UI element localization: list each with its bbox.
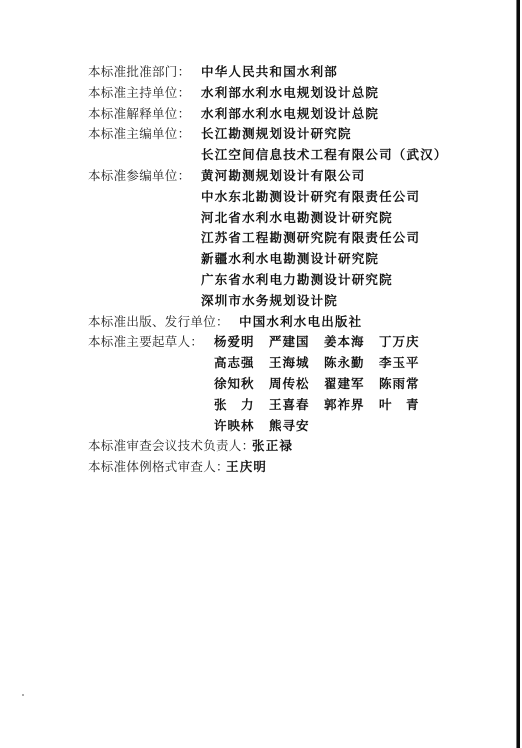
host-unit-label: 本标准主持单位：	[88, 83, 190, 104]
participating-unit-value: 广东省水利电力勘测设计研究院	[201, 270, 393, 291]
drafter-name: 丁万庆	[379, 332, 434, 353]
document-page: 本标准批准部门： 中华人民共和国水利部 本标准主持单位： 水利部水利水电规划设计…	[0, 0, 522, 748]
main-drafters-row: 本标准主要起草人： 杨爱明 严建国 姜本海 丁万庆	[88, 332, 508, 353]
standard-credits-block: 本标准批准部门： 中华人民共和国水利部 本标准主持单位： 水利部水利水电规划设计…	[88, 62, 508, 478]
drafter-names: 杨爱明 严建国 姜本海 丁万庆	[214, 332, 434, 353]
drafter-name: 王喜春	[269, 395, 324, 416]
participating-unit-value: 河北省水利水电勘测设计研究院	[201, 208, 393, 229]
format-reviewer-value: 王庆明	[226, 457, 267, 478]
chief-editing-unit-value: 长江勘测规划设计研究院	[201, 124, 352, 145]
participating-unit-row: 深圳市水务规划设计院	[88, 291, 508, 312]
drafter-name: 翟建军	[324, 374, 379, 395]
host-unit-value: 水利部水利水电规划设计总院	[201, 83, 379, 104]
review-technical-lead-label: 本标准审查会议技术负责人：	[88, 436, 254, 457]
publisher-label: 本标准出版、发行单位：	[88, 312, 229, 333]
drafter-name: 张 力	[214, 395, 269, 416]
participating-unit-row: 河北省水利水电勘测设计研究院	[88, 208, 508, 229]
participating-unit-value: 中水东北勘测设计研究有限责任公司	[201, 187, 420, 208]
approving-department-value: 中华人民共和国水利部	[201, 62, 338, 83]
approving-department-label: 本标准批准部门：	[88, 62, 190, 83]
drafter-name: 郭祚界	[324, 395, 379, 416]
participating-unit-row: 中水东北勘测设计研究有限责任公司	[88, 187, 508, 208]
participating-unit-row: 江苏省工程勘测研究院有限责任公司	[88, 228, 508, 249]
chief-editing-unit-value: 长江空间信息技术工程有限公司（武汉）	[201, 145, 448, 166]
drafter-name: 杨爱明	[214, 332, 269, 353]
drafter-name: 严建国	[269, 332, 324, 353]
approving-department-row: 本标准批准部门： 中华人民共和国水利部	[88, 62, 508, 83]
chief-editing-unit-label: 本标准主编单位：	[88, 124, 190, 145]
drafter-name: 徐知秋	[214, 374, 269, 395]
drafter-name: 高志强	[214, 353, 269, 374]
review-technical-lead-row: 本标准审查会议技术负责人： 张正禄	[88, 436, 508, 457]
host-unit-row: 本标准主持单位： 水利部水利水电规划设计总院	[88, 83, 508, 104]
review-technical-lead-value: 张正禄	[252, 436, 293, 457]
main-drafters-row: 高志强 王海城 陈永勤 李玉平	[88, 353, 508, 374]
interpreting-unit-label: 本标准解释单位：	[88, 104, 190, 125]
drafter-name: 叶 青	[379, 395, 434, 416]
scan-edge-border	[517, 0, 520, 748]
publisher-value: 中国水利水电出版社	[239, 312, 362, 333]
drafter-name: 周传松	[269, 374, 324, 395]
drafter-name: 陈雨常	[379, 374, 434, 395]
format-reviewer-row: 本标准体例格式审查人： 王庆明	[88, 457, 508, 478]
chief-editing-unit-row: 本标准主编单位： 长江勘测规划设计研究院	[88, 124, 508, 145]
drafter-name: 李玉平	[379, 353, 434, 374]
scan-speck	[22, 694, 24, 696]
main-drafters-row: 徐知秋 周传松 翟建军 陈雨常	[88, 374, 508, 395]
participating-unit-label: 本标准参编单位：	[88, 166, 190, 187]
participating-unit-value: 深圳市水务规划设计院	[201, 291, 338, 312]
participating-unit-value: 江苏省工程勘测研究院有限责任公司	[201, 228, 420, 249]
main-drafters-row: 张 力 王喜春 郭祚界 叶 青	[88, 395, 508, 416]
drafter-name: 姜本海	[324, 332, 379, 353]
participating-unit-row: 本标准参编单位： 黄河勘测规划设计有限公司	[88, 166, 508, 187]
publisher-row: 本标准出版、发行单位： 中国水利水电出版社	[88, 312, 508, 333]
drafter-name: 王海城	[269, 353, 324, 374]
chief-editing-unit-row: 长江空间信息技术工程有限公司（武汉）	[88, 145, 508, 166]
drafter-name: 陈永勤	[324, 353, 379, 374]
interpreting-unit-value: 水利部水利水电规划设计总院	[201, 104, 379, 125]
main-drafters-label: 本标准主要起草人：	[88, 332, 203, 353]
drafter-names: 高志强 王海城 陈永勤 李玉平	[214, 353, 434, 374]
participating-unit-value: 新疆水利水电勘测设计研究院	[201, 249, 379, 270]
drafter-names: 徐知秋 周传松 翟建军 陈雨常	[214, 374, 434, 395]
drafter-name: 熊寻安	[269, 416, 324, 437]
drafter-names: 许映林 熊寻安	[214, 416, 324, 437]
format-reviewer-label: 本标准体例格式审查人：	[88, 457, 229, 478]
participating-unit-row: 新疆水利水电勘测设计研究院	[88, 249, 508, 270]
participating-unit-value: 黄河勘测规划设计有限公司	[201, 166, 365, 187]
main-drafters-row: 许映林 熊寻安	[88, 416, 508, 437]
drafter-names: 张 力 王喜春 郭祚界 叶 青	[214, 395, 434, 416]
participating-unit-row: 广东省水利电力勘测设计研究院	[88, 270, 508, 291]
interpreting-unit-row: 本标准解释单位： 水利部水利水电规划设计总院	[88, 104, 508, 125]
drafter-name: 许映林	[214, 416, 269, 437]
